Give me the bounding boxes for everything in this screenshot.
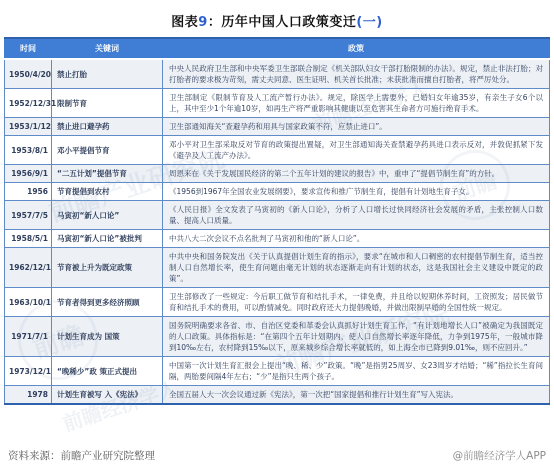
cell-keyword: 节育提倡到农村	[52, 183, 163, 201]
page-title: 图表9：历年中国人口政策变迁(一)	[0, 0, 554, 30]
cell-date: 1956/9/1	[5, 165, 52, 183]
cell-policy: 中央人民政府卫生部和中央军委卫生部联合制定《机关部队妇女干部打胎限制的办法》。规…	[163, 59, 550, 89]
header-row: 时间 关键词 政策	[5, 38, 550, 59]
table-body: 1950/4/20 禁止打胎 中央人民政府卫生部和中央军委卫生部联合制定《机关部…	[5, 59, 550, 404]
cell-policy: 《人民日报》全文发表了马寅初的《新人口论》，分析了人口增长过快同经济社会发展的矛…	[163, 201, 550, 230]
table-row: 1952/12/31 限制节育 卫生部制定《限制节育及人工流产暂行办法》。规定，…	[5, 89, 550, 118]
title-prefix: 图表	[171, 15, 198, 30]
cell-policy: 邓小平对卫生部采取反对节育的政策提出置疑，对卫生部通知海关查禁避孕药具进口表示反…	[163, 136, 550, 165]
cell-keyword: 禁止打胎	[52, 59, 163, 89]
table-row: 1953/8/1 邓小平提倡节育 邓小平对卫生部采取反对节育的政策提出置疑，对卫…	[5, 136, 550, 165]
table-row: 1950/4/20 禁止打胎 中央人民政府卫生部和中央军委卫生部联合制定《机关部…	[5, 59, 550, 89]
cell-keyword: 计划生育被写 入《宪法》	[52, 386, 163, 405]
title-suffix: (一)	[356, 15, 382, 30]
cell-policy: 周恩来在《关于发展国民经济的第二个五年计划的建议的报告》中，重申了“提倡节制生育…	[163, 165, 550, 183]
population-policy-table: 时间 关键词 政策 1950/4/20 禁止打胎 中央人民政府卫生部和中央军委卫…	[4, 37, 550, 405]
cell-date: 1962/12/1	[5, 248, 52, 288]
cell-policy: 中共八大二次会议不点名批判了马寅初和他的“新人口论”。	[163, 230, 550, 248]
table-row: 1958/5/1 马寅初“新人口论”被批判 中共八大二次会议不点名批判了马寅初和…	[5, 230, 550, 248]
cell-policy: 中国第一次计划生育汇报会上提出“晚、稀、少”政策。“晚”是指男25周岁、女23周…	[163, 357, 550, 386]
cell-keyword: 马寅初“新人口论”	[52, 201, 163, 230]
cell-keyword: 节育被上升为既定政策	[52, 248, 163, 288]
cell-policy: 《1956到1967年全国农业发展纲要》，要求宣传和推广节制生育，提倡有计划地生…	[163, 183, 550, 201]
column-header-keyword: 关键词	[52, 38, 163, 59]
footer: 资料来源：前瞻产业研究院整理 @前瞻经济学人APP	[8, 448, 546, 463]
cell-policy: 国务院明确要求各省、市、自治区党委和革委会认真抓好计划生育工作，“有计划地增长人…	[163, 317, 550, 357]
title-number: 9	[198, 15, 208, 30]
cell-keyword: 马寅初“新人口论”被批判	[52, 230, 163, 248]
cell-date: 1952/12/31	[5, 89, 52, 118]
cell-date: 1956	[5, 183, 52, 201]
table-row: 1978 计划生育被写 入《宪法》 全国五届人大一次会议通过新《宪法》，第一次把…	[5, 386, 550, 405]
data-source-note: 资料来源：前瞻产业研究院整理	[8, 448, 155, 463]
cell-date: 1973/12/1	[5, 357, 52, 386]
table-row: 1953/1/12 禁止进口避孕药 卫生部通知海关“查避孕药和用具与国家政策不符…	[5, 118, 550, 136]
cell-policy: 卫生部制定《限制节育及人工流产暂行办法》。规定，除医学上需要外，已婚妇女年逾35…	[163, 89, 550, 118]
cell-date: 1953/1/12	[5, 118, 52, 136]
cell-date: 1971/7/1	[5, 317, 52, 357]
report-figure-page: { "title": { "prefix": "图表", "number": "…	[0, 0, 554, 474]
table-row: 1962/12/1 节育被上升为既定政策 中共中央和国务院发出《关于认真提倡计划…	[5, 248, 550, 288]
table-row: 1963/10/1 节育者得到更多经济照顾 卫生部修改了一些规定：今后职工做节育…	[5, 288, 550, 317]
column-header-policy: 政策	[163, 38, 550, 59]
cell-date: 1963/10/1	[5, 288, 52, 317]
cell-keyword: 限制节育	[52, 89, 163, 118]
table-row: 1956/9/1 “二五计划”提倡节育 周恩来在《关于发展国民经济的第二个五年计…	[5, 165, 550, 183]
table-row: 1957/7/5 马寅初“新人口论” 《人民日报》全文发表了马寅初的《新人口论》…	[5, 201, 550, 230]
title-text: ：历年中国人口政策变迁	[208, 15, 357, 30]
cell-keyword: 节育者得到更多经济照顾	[52, 288, 163, 317]
cell-policy: 中共中央和国务院发出《关于认真提倡计划生育的指示》，要求“在城市和人口稠密的农村…	[163, 248, 550, 288]
table-header: 时间 关键词 政策	[5, 38, 550, 59]
cell-date: 1978	[5, 386, 52, 405]
cell-date: 1957/7/5	[5, 201, 52, 230]
column-header-time: 时间	[5, 38, 52, 59]
table-row: 1973/12/1 “晚稀少”政 策正式提出 中国第一次计划生育汇报会上提出“晚…	[5, 357, 550, 386]
cell-keyword: 禁止进口避孕药	[52, 118, 163, 136]
cell-keyword: “晚稀少”政 策正式提出	[52, 357, 163, 386]
cell-keyword: 邓小平提倡节育	[52, 136, 163, 165]
table-row: 1956 节育提倡到农村 《1956到1967年全国农业发展纲要》，要求宣传和推…	[5, 183, 550, 201]
credit-note: @前瞻经济学人APP	[453, 448, 546, 463]
table-row: 1971/7/1 计划生育成为 国策 国务院明确要求各省、市、自治区党委和革委会…	[5, 317, 550, 357]
cell-policy: 卫生部通知海关“查避孕药和用具与国家政策不符，应禁止进口”。	[163, 118, 550, 136]
cell-policy: 全国五届人大一次会议通过新《宪法》，第一次把“国家提倡和推行计划生育”写入宪法。	[163, 386, 550, 405]
cell-date: 1953/8/1	[5, 136, 52, 165]
cell-keyword: 计划生育成为 国策	[52, 317, 163, 357]
cell-policy: 卫生部修改了一些规定：今后职工做节育和结扎手术，一律免费，并且给以短期休养时间，…	[163, 288, 550, 317]
cell-keyword: “二五计划”提倡节育	[52, 165, 163, 183]
cell-date: 1950/4/20	[5, 59, 52, 89]
cell-date: 1958/5/1	[5, 230, 52, 248]
